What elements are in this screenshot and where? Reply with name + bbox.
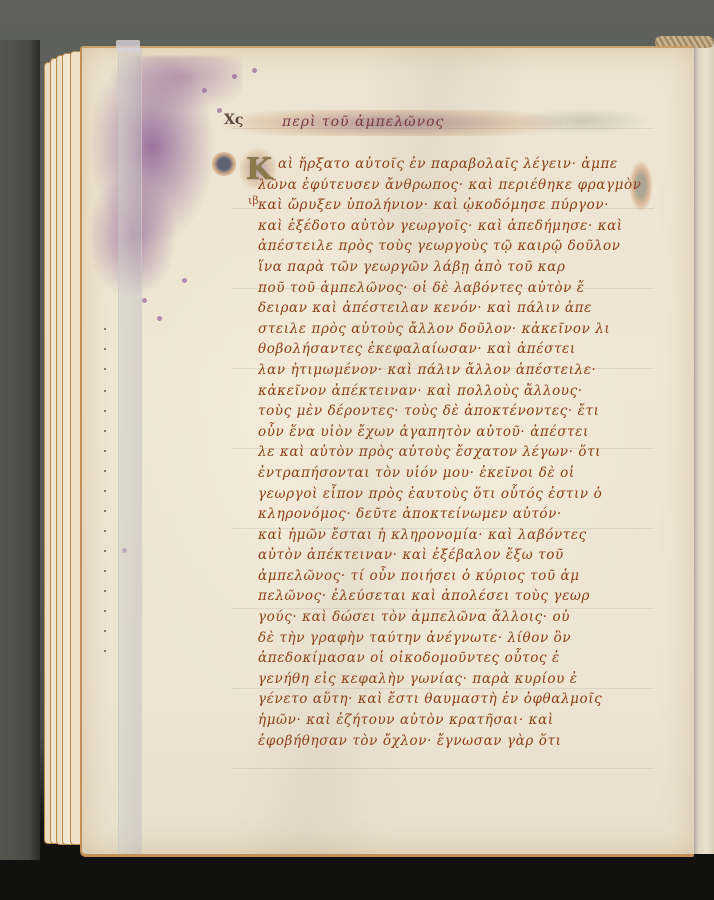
manuscript-page: Xς περὶ τοῦ ἀμπελῶνος Κ ιβ αὶ ἤρξατο αὐτ… bbox=[80, 46, 694, 857]
text-line: ἀμπελῶνος· τί οὖν ποιήσει ὁ κύριος τοῦ ἀ… bbox=[258, 566, 648, 587]
text-line: λαν ἠτιμωμένον· καὶ πάλιν ἄλλον ἀπέστειλ… bbox=[258, 360, 648, 381]
text-line: στειλε πρὸς αὐτοὺς ἄλλον δοῦλον· κἀκεῖνο… bbox=[258, 319, 648, 340]
text-line: ἀπεδοκίμασαν οἱ οἰκοδομοῦντες οὗτος ἐ bbox=[258, 648, 648, 669]
text-line: ποῦ τοῦ ἀμπελῶνος· οἱ δὲ λαβόντες αὐτὸν … bbox=[258, 278, 648, 299]
text-line: γούς· καὶ δώσει τὸν ἀμπελῶνα ἄλλοις· οὐ bbox=[258, 607, 648, 628]
text-line: δειραν καὶ ἀπέστειλαν κενόν· καὶ πάλιν ἀ… bbox=[258, 298, 648, 319]
text-line: ἵνα παρὰ τῶν γεωργῶν λάβῃ ἀπὸ τοῦ καρ bbox=[258, 257, 648, 278]
text-line: ἡμῶν· καὶ ἐζήτουν αὐτὸν κρατῆσαι· καὶ bbox=[258, 710, 648, 731]
text-line: καὶ ἡμῶν ἔσται ἡ κληρονομία· καὶ λαβόντε… bbox=[258, 525, 648, 546]
text-column: αὶ ἤρξατο αὐτοῖς ἐν παραβολαῖς λέγειν· ἀ… bbox=[258, 154, 648, 751]
text-line: γεωργοὶ εἶπον πρὸς ἑαυτοὺς ὅτι οὗτός ἐστ… bbox=[258, 484, 648, 505]
text-line: αὶ ἤρξατο αὐτοῖς ἐν παραβολαῖς λέγειν· ἀ… bbox=[258, 154, 648, 175]
text-line: οὖν ἕνα υἱὸν ἔχων ἀγαπητὸν αὐτοῦ· ἀπέστε… bbox=[258, 422, 648, 443]
text-line: θοβολήσαντες ἐκεφαλαίωσαν· καὶ ἀπέστει bbox=[258, 339, 648, 360]
text-line: τοὺς μὲν δέροντες· τοὺς δὲ ἀποκτένοντες·… bbox=[258, 401, 648, 422]
text-line: λε καὶ αὐτὸν πρὸς αὐτοὺς ἔσχατον λέγων· … bbox=[258, 442, 648, 463]
repair-tape-top bbox=[116, 40, 140, 52]
chapter-number: Xς bbox=[224, 112, 243, 128]
text-line: ἀπέστειλε πρὸς τοὺς γεωργοὺς τῷ καιρῷ δο… bbox=[258, 236, 648, 257]
text-line: γένετο αὕτη· καὶ ἔστι θαυμαστὴ ἐν ὀφθαλμ… bbox=[258, 689, 648, 710]
text-line: λῶνα ἐφύτευσεν ἄνθρωπος· καὶ περιέθηκε φ… bbox=[258, 175, 648, 196]
text-line: ἐφοβήθησαν τὸν ὄχλον· ἔγνωσαν γὰρ ὅτι bbox=[258, 731, 648, 752]
text-line: ἐντραπήσονται τὸν υἱόν μου· ἐκεῖνοι δὲ ο… bbox=[258, 463, 648, 484]
text-line: δὲ τὴν γραφὴν ταύτην ἀνέγνωτε· λίθον ὃν bbox=[258, 628, 648, 649]
text-line: κἀκεῖνον ἀπέκτειναν· καὶ πολλοὺς ἄλλους· bbox=[258, 381, 648, 402]
backdrop-left bbox=[0, 40, 40, 860]
text-line: καὶ ὤρυξεν ὑπολήνιον· καὶ ᾠκοδόμησε πύργ… bbox=[258, 195, 648, 216]
text-line: αὐτὸν ἀπέκτειναν· καὶ ἐξέβαλον ἔξω τοῦ bbox=[258, 545, 648, 566]
text-line: γενήθη εἰς κεφαλὴν γωνίας· παρὰ κυρίου ἐ bbox=[258, 669, 648, 690]
book-gutter bbox=[692, 44, 714, 854]
repair-tape-strip bbox=[118, 48, 142, 854]
margin-ornament-blot bbox=[212, 152, 236, 176]
offset-ghost-mark bbox=[512, 108, 652, 134]
ruling-line bbox=[232, 768, 654, 769]
rubric-title: περὶ τοῦ ἀμπελῶνος bbox=[282, 114, 444, 130]
text-line: κληρονόμος· δεῦτε ἀποκτείνωμεν αὐτόν· bbox=[258, 504, 648, 525]
text-line: καὶ ἐξέδοτο αὐτὸν γεωργοῖς· καὶ ἀπεδήμησ… bbox=[258, 216, 648, 237]
mold-stain bbox=[92, 56, 242, 296]
text-line: πελῶνος· ἐλεύσεται καὶ ἀπολέσει τοὺς γεω… bbox=[258, 586, 648, 607]
